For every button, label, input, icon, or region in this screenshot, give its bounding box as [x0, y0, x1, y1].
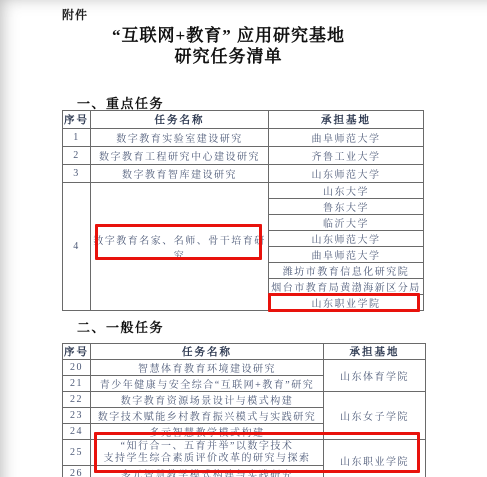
table-header-row: 序号 任务名称 承担基地: [63, 344, 426, 360]
table-row: 3 数字教育智库建设研究 山东师范大学: [63, 165, 424, 183]
row-base: 山东师范大学: [269, 231, 424, 247]
row-task-highlighted: “知行合一、五育并举”以数字技术 支持学生综合素质评价改革的研究与探索: [91, 440, 324, 466]
general-tasks-table-wrap: 序号 任务名称 承担基地 20 智慧体育教育环境建设研究 山东体育学院 21 青…: [62, 343, 426, 477]
row-base: 山东女子学院: [324, 392, 426, 440]
title-line-1: “互联网+教育” 应用研究基地: [0, 25, 457, 46]
row-task: 数字教育资源场景设计与模式构建: [91, 392, 324, 408]
header-base: 承担基地: [269, 111, 424, 129]
table-row: 22 数字教育资源场景设计与模式构建 山东女子学院: [63, 392, 426, 408]
row-base: 曲阜师范大学: [269, 247, 424, 263]
row-no: 2: [63, 147, 91, 165]
row-no: 22: [63, 392, 91, 408]
table-row: 1 数字教育实验室建设研究 曲阜师范大学: [63, 129, 424, 147]
row-task: 数字教育智库建设研究: [91, 165, 269, 183]
header-base: 承担基地: [324, 344, 426, 360]
general-tasks-table: 序号 任务名称 承担基地 20 智慧体育教育环境建设研究 山东体育学院 21 青…: [62, 343, 426, 477]
row-task: 青少年健康与安全综合“互联网+教育”研究: [91, 376, 324, 392]
row-no: 25: [63, 440, 91, 466]
document-title: “互联网+教育” 应用研究基地 研究任务清单: [0, 25, 457, 67]
table-row-highlighted: 25 “知行合一、五育并举”以数字技术 支持学生综合素质评价改革的研究与探索 山…: [63, 440, 426, 466]
header-no: 序号: [63, 111, 91, 129]
table-header-row: 序号 任务名称 承担基地: [63, 111, 424, 129]
row-base: 临沂大学: [269, 215, 424, 231]
row-base: 山东师范大学: [269, 165, 424, 183]
row-task: 数字教育实验室建设研究: [91, 129, 269, 147]
document-page: 附件 “互联网+教育” 应用研究基地 研究任务清单 一、重点任务 序号 任务名称…: [0, 0, 487, 477]
key-tasks-table-wrap: 序号 任务名称 承担基地 1 数字教育实验室建设研究 曲阜师范大学 2 数字教育…: [62, 110, 424, 311]
row-no: 4: [63, 183, 91, 311]
row-base-highlighted: 山东职业学院: [269, 295, 424, 311]
section-heading-general-tasks: 二、一般任务: [77, 317, 164, 336]
header-no: 序号: [63, 344, 91, 360]
row-no: 26: [63, 466, 91, 477]
row-task: 数字技术赋能乡村教育振兴模式与实践研究: [91, 408, 324, 424]
table-row: 20 智慧体育教育环境建设研究 山东体育学院: [63, 360, 426, 376]
row-base: 山东体育学院: [324, 360, 426, 392]
row-no: 24: [63, 424, 91, 440]
row-task: 多元智慧教学模式构建: [91, 424, 324, 440]
row-base: 山东大学: [269, 183, 424, 199]
attachment-label: 附件: [62, 6, 88, 23]
row-task: 智慧体育教育环境建设研究: [91, 360, 324, 376]
title-line-2: 研究任务清单: [0, 46, 457, 67]
row-base: 齐鲁工业大学: [269, 147, 424, 165]
row-no: 21: [63, 376, 91, 392]
row-no: 20: [63, 360, 91, 376]
key-tasks-table: 序号 任务名称 承担基地 1 数字教育实验室建设研究 曲阜师范大学 2 数字教育…: [62, 110, 424, 311]
table-row-4: 4 数字教育名家、名师、骨干培育研究 山东大学: [63, 183, 424, 199]
row-no: 1: [63, 129, 91, 147]
table-row: 2 数字教育工程研究中心建设研究 齐鲁工业大学: [63, 147, 424, 165]
row-task-highlighted: 多元智慧教学模式构建与实践研究: [91, 466, 324, 477]
row-task-highlighted: 数字教育名家、名师、骨干培育研究: [91, 183, 269, 311]
row-base: 曲阜师范大学: [269, 129, 424, 147]
row-base-highlighted: 山东职业学院: [324, 440, 426, 477]
row-no: 3: [63, 165, 91, 183]
header-task: 任务名称: [91, 111, 269, 129]
header-task: 任务名称: [91, 344, 324, 360]
row-task: 数字教育工程研究中心建设研究: [91, 147, 269, 165]
row-base: 鲁东大学: [269, 199, 424, 215]
row-base: 潍坊市教育信息化研究院: [269, 263, 424, 279]
row-no: 23: [63, 408, 91, 424]
row-base: 烟台市教育局黄渤海新区分局: [269, 279, 424, 295]
